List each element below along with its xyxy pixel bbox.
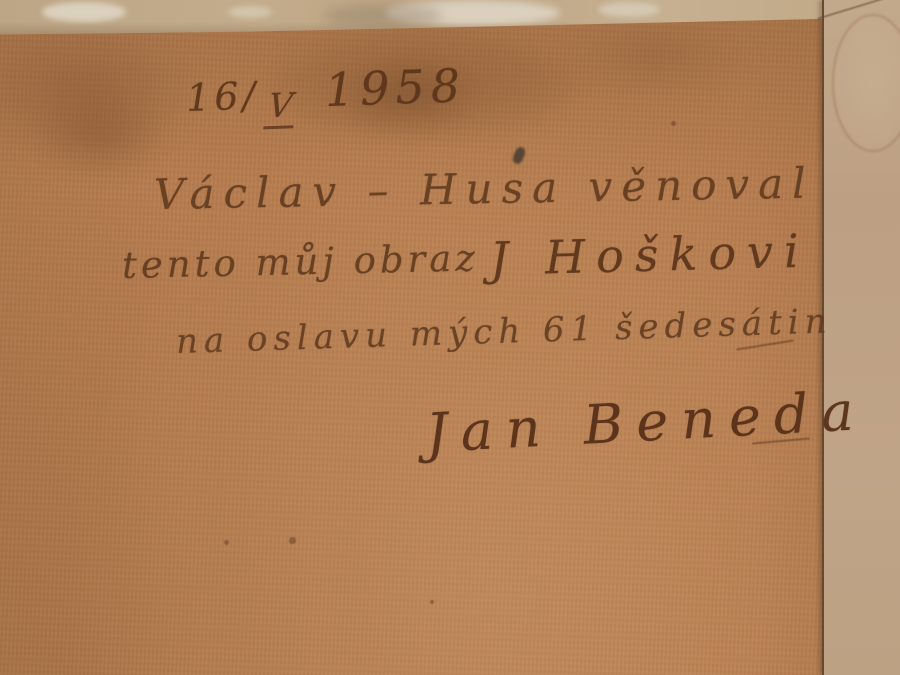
plaster-spot (385, 0, 560, 26)
speck (671, 121, 676, 126)
speck (430, 600, 434, 604)
speck (289, 537, 296, 544)
paper-strip-right (822, 0, 900, 675)
photo-painting-back: 16/V1958 Václav – Husa věnoval tento můj… (0, 0, 900, 675)
inscription-date-year: 1958 (324, 58, 467, 117)
water-stain-ring (832, 14, 900, 152)
inscription-date-day: 16/ (185, 73, 260, 120)
gray-stain (322, 4, 442, 28)
inscription-line-2-dedicatee: J Hoškovi (489, 224, 810, 286)
inscription-line-2: tento můj obraz (122, 237, 480, 287)
plaster-spot (42, 2, 126, 22)
plaster-spot (598, 2, 660, 17)
inscription-date: 16/V1958 (185, 58, 467, 123)
inscription-date-month: V (263, 85, 297, 129)
speck (224, 540, 229, 545)
plaster-spot (228, 6, 272, 18)
